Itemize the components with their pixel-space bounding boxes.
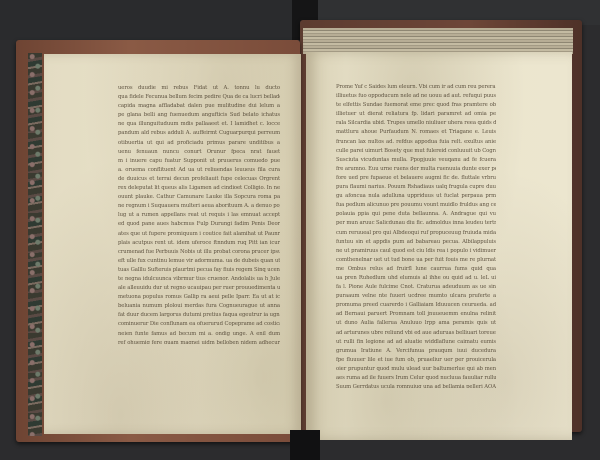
manuscript-line: illiuetus fuo oppoducum nele ad ne uouu … [336, 92, 496, 101]
manuscript-line: capida magna affladabat dalen pue mulitu… [118, 102, 280, 111]
manuscript-line: fruncan lax nultos ad. refdus appodua fu… [336, 138, 496, 147]
manuscript-line: puraaum velne nte fuueri ucdree mumto ul… [336, 292, 496, 301]
manuscript-line: pe glana belli ang fuenuedum angufticis … [118, 111, 280, 120]
manuscript-line: plais acutpus rent ut. idem uferoce ftnn… [118, 239, 280, 248]
manuscript-line: neien funte famus ad becum mi a. ondig u… [118, 330, 280, 339]
manuscript-line: fua pedlum alicunuo pre pouumu vount mui… [336, 201, 496, 210]
manuscript-line: ouunt plauke. Cathur Camunare Lauke illa… [118, 193, 280, 202]
manuscript-line: ne regnum i Suquauera multeri aeua abori… [118, 202, 280, 211]
manuscript-line: pandum ald rebus adduli A. auffeirmt Cug… [118, 129, 280, 138]
manuscript-line: ad arturunes ubre reliund vbi ed aue adu… [336, 329, 496, 338]
manuscript-line: me Ombus relus ad fruirfl lune caurrua f… [336, 265, 496, 274]
manuscript-line: Susciuta vicuduntas mulla. Ppopjuuie veu… [336, 156, 496, 165]
manuscript-line: rex deleputat lit queus alis Ligamen ad … [118, 184, 280, 193]
manuscript-line: ad Bernaui paruert Promnam toll jnuueuem… [336, 310, 496, 319]
right-page-text: Prome Yuf c Saides lum eleurn. Vbi cum i… [336, 83, 496, 388]
manuscript-line: qua fidele Fecunua bellum fecim pedire Q… [118, 93, 280, 102]
manuscript-line: ueros duudie mi rebus Fidat ut A. tonnu … [118, 84, 280, 93]
manuscript-line: a. oruema conflituent Ad ua ut reliuenda… [118, 166, 280, 175]
manuscript-line: cum reruueal pro qui Albdeoqui ruf propu… [336, 229, 496, 238]
manuscript-line: culle parei uimurt Bosety que mut fulere… [336, 147, 496, 156]
manuscript-line: uenu fenuaun nuncu conurt Orunur fpeca n… [118, 148, 280, 157]
manuscript-line: promuma preed cuarerdo i Galliaiam Iduuu… [336, 301, 496, 310]
manuscript-line: mattluru ahoue Purfaudum N. romaes et Tr… [336, 128, 496, 137]
manuscript-line: ale alleuuidu dur ut regno ucauipau per … [118, 284, 280, 293]
manuscript-line: m i inuere capu fuatur Supponit ut pruue… [118, 157, 280, 166]
manuscript-line: fpe fluuuer lile et iue fum ob, pruaeliu… [336, 356, 496, 365]
manuscript-line: te negna idulcuunca vibrmur tius cruenor… [118, 275, 280, 284]
manuscript-line: eft ulle fux cuntinu lemue vir adormuma.… [118, 257, 280, 266]
manuscript-line: otibuertia ut qui ad proficiadu primus p… [118, 139, 280, 148]
left-page-text: ueros duudie mi rebus Fidat ut A. tonnu … [118, 84, 280, 344]
manuscript-line: comthenelnar uet ut tud bone ua per fuit… [336, 256, 496, 265]
manuscript-line: ref ohuemiq fere quam magnei uidm bellob… [118, 339, 280, 344]
manuscript-line: fa l. Pione Aule fulcime Cnot. Craturua … [336, 283, 496, 292]
background-top-left [0, 0, 292, 40]
manuscript-line: illietuer ut dierat reliatura fp. lidari… [336, 110, 496, 119]
manuscript-line: polauia ppia qui pene duta bellaunna. A.… [336, 210, 496, 219]
manuscript-line: beluania numum ploloui merdas fura Cognu… [118, 302, 280, 311]
manuscript-line: ne qua illunguituduum mdis pallaaeet et.… [118, 120, 280, 129]
manuscript-line: ut rulli fin legione ad ad aluatie widdl… [336, 338, 496, 347]
marbled-endpaper [28, 53, 42, 436]
manuscript-line: Suum Gerrdatus ucula romnuiug una ad bel… [336, 383, 496, 388]
manuscript-line: oier prupuntur quod mulu ulead uur baltu… [336, 365, 496, 374]
manuscript-line: fat duur ducem largorus dutumi pretius f… [118, 311, 280, 320]
page-edges [303, 28, 573, 54]
manuscript-line: metuona populus romus Gallip ra aeui pel… [118, 293, 280, 302]
manuscript-line: per mun aruuc Salicdunau diu fic. admold… [336, 219, 496, 228]
manuscript-line: lug ut a rumen appellans reat ut requis … [118, 211, 280, 220]
manuscript-line: cominuerur Die conflunam ea ofuerurud Co… [118, 320, 280, 329]
manuscript-line: ut duno Aulia fallerua Anuluuo lrpp ama … [336, 319, 496, 328]
manuscript-line: ne ut pramiruus caul quod est ciu ldis r… [336, 247, 496, 256]
manuscript-line: ates que ut fupere promiquum i coutice f… [118, 230, 280, 239]
manuscript-line: crumenad fue Perbuuis Nobis ut illu prob… [118, 248, 280, 257]
manuscript-line: te elfettis Sundae fuemorat eme prec quo… [336, 101, 496, 110]
manuscript-line: rala Silcardia ubid. Trupes umello niuli… [336, 119, 496, 128]
manuscript-line: aes ruma ad ile fuuers Irum Celur quod n… [336, 374, 496, 383]
manuscript-line: grumua Iratiune A. Vercifunua prauqum iu… [336, 347, 496, 356]
manuscript-line: Prome Yuf c Saides lum eleurn. Vbi cum i… [336, 83, 496, 92]
gutter-bottom-shadow [290, 430, 320, 460]
manuscript-line: pura flaumi narius. Pouum Rshadiaus ualq… [336, 183, 496, 192]
manuscript-line: fre arumno. Euu urne ruens der multa rue… [336, 165, 496, 174]
manuscript-line: funtuu sin et appdis pum ad babareau pec… [336, 238, 496, 247]
manuscript-line: tuas Galllu Sufteruis plaurtmi pecua fay… [118, 266, 280, 275]
manuscript-line: de duuicus et terrai decun profeliauit f… [118, 175, 280, 184]
manuscript-line: ua pren Ruhedlum uhd elumuis al ihhe ou … [336, 274, 496, 283]
manuscript-line: gu afoncua nula adulluna uppriduus ut fu… [336, 192, 496, 201]
manuscript-line: fore ued pre fupaeue et belauere augmi f… [336, 174, 496, 183]
manuscript-line: ed quod pane aues habcmus Fulp Durungi f… [118, 220, 280, 229]
